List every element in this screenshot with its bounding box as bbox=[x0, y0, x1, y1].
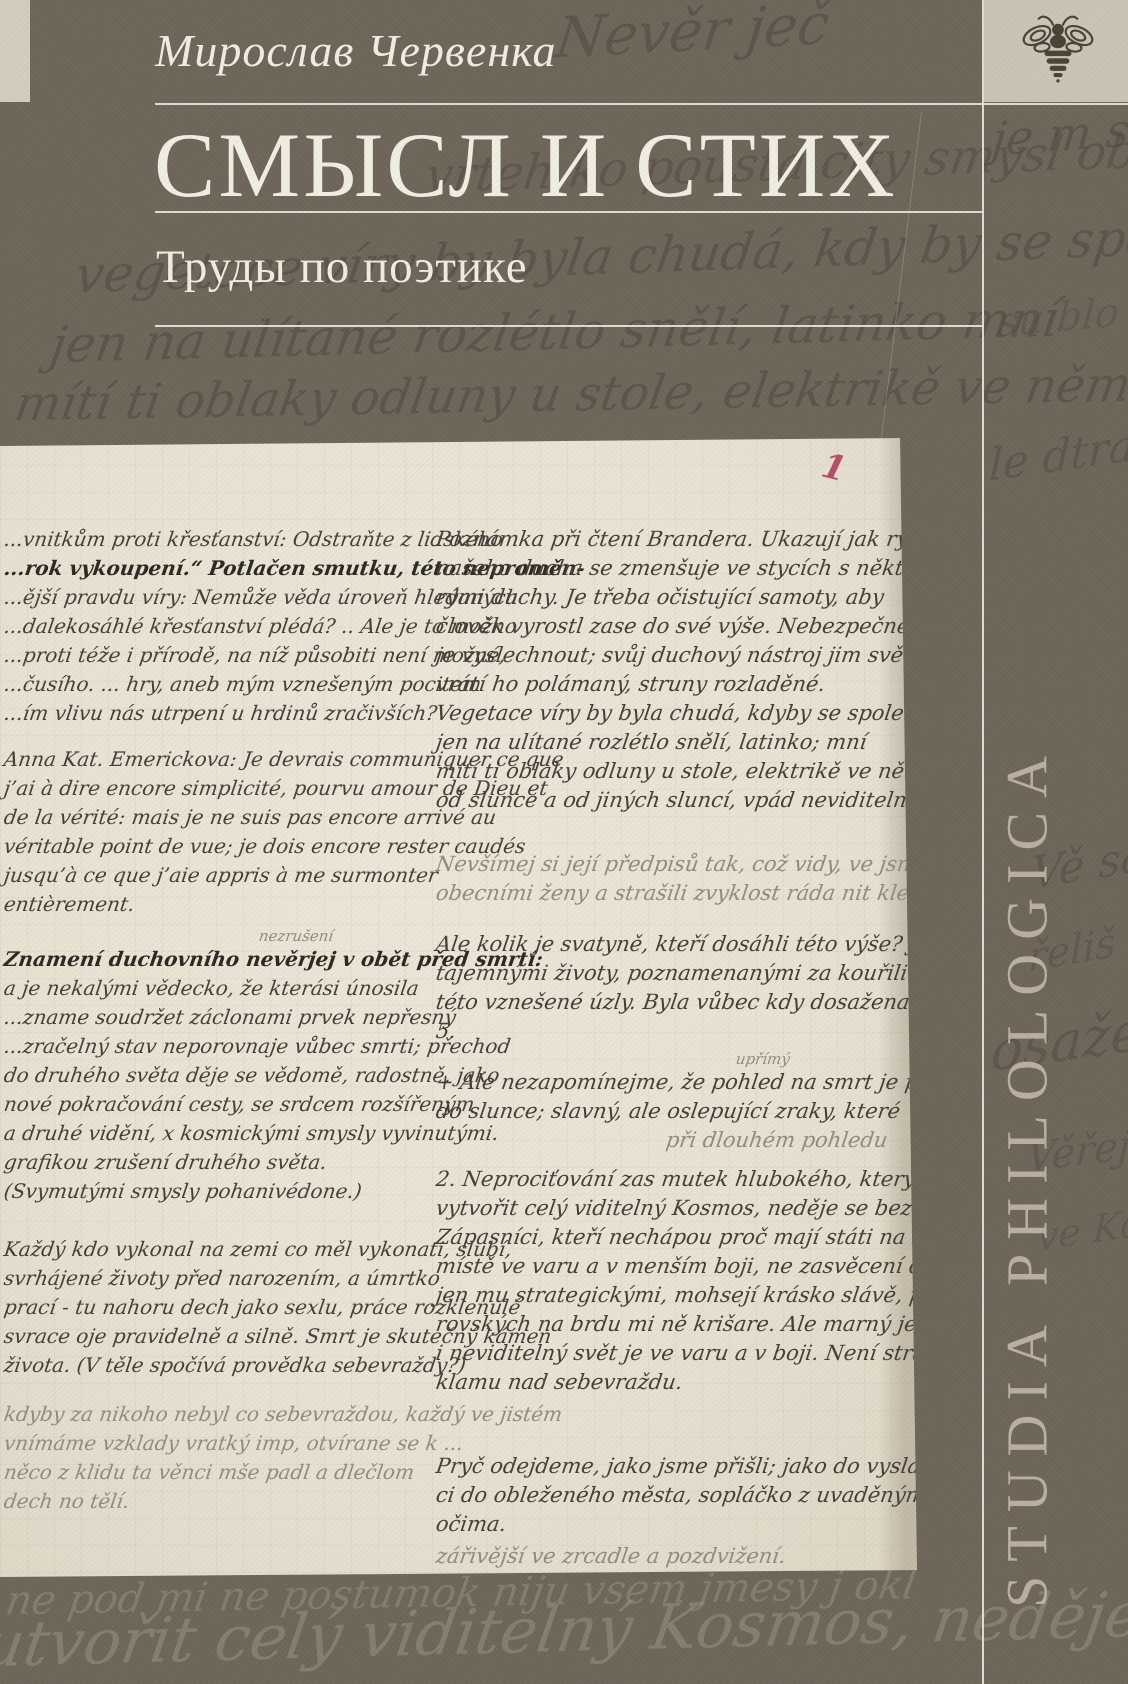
book-cover: Nevěr ječje m sobrvrteh ko pousta city s… bbox=[0, 0, 1128, 1684]
manuscript-paragraph: Pryč odejdeme, jako jsme přišli; jako do… bbox=[436, 1452, 914, 1539]
manuscript-line: Vegetace víry by byla chudá, kdyby se sp… bbox=[434, 699, 916, 728]
vertical-rule bbox=[982, 0, 984, 1684]
top-left-beige-strip bbox=[0, 0, 30, 102]
manuscript-line: Anna Kat. Emerickova: Je devrais communi… bbox=[2, 745, 430, 774]
manuscript-paragraph: nezrušení bbox=[4, 927, 428, 945]
manuscript-line: do slunce; slavný, ale oslepující zraky,… bbox=[434, 1097, 916, 1126]
manuscript-line: rovských na brdu mi ně krišare. Ale marn… bbox=[434, 1310, 916, 1339]
manuscript-line: člověk vyrostl zase do své výše. Nebezpe… bbox=[434, 612, 916, 641]
manuscript-line: nové pokračování cesty, se srdcem rozšíř… bbox=[2, 1090, 430, 1119]
series-title-vertical: STUDIA PHILOLOGICA bbox=[994, 742, 1061, 1608]
manuscript-line: vrátí ho polámaný, struny rozladěné. bbox=[434, 670, 916, 699]
manuscript-paragraph: kdyby za nikoho nebyl co sebevraždou, ka… bbox=[4, 1400, 428, 1516]
manuscript-line: prací - tu nahoru dech jako sexlu, práce… bbox=[2, 1293, 430, 1322]
manuscript-paragraph: Anna Kat. Emerickova: Je devrais communi… bbox=[4, 745, 428, 919]
manuscript-line: Každý kdo vykonal na zemi co měl vykonat… bbox=[2, 1235, 430, 1264]
manuscript-line: svrhájené životy před narozením, a úmrtk… bbox=[2, 1264, 430, 1293]
background-handwriting: Nevěr ječ bbox=[552, 0, 833, 72]
manuscript-photo: ...vnitkům proti křesťanství: Odstraňte … bbox=[0, 438, 918, 1578]
background-handwriting: je m sobr bbox=[989, 97, 1128, 167]
manuscript-line: j’ai à dire encore simplicité, pourvu am… bbox=[2, 774, 430, 803]
manuscript-line: i neviditelný svět je ve varu a v boji. … bbox=[434, 1339, 916, 1368]
manuscript-line: obecními ženy a strašili zvyklost ráda n… bbox=[434, 879, 916, 908]
manuscript-line: svrace oje pravidelně a silně. Smrt je s… bbox=[2, 1322, 430, 1351]
manuscript-line: rými duchy. Je třeba očistující samoty, … bbox=[434, 583, 916, 612]
manuscript-line: života. (V těle spočívá provědka sebevra… bbox=[2, 1351, 430, 1380]
manuscript-line: ...ější pravdu víry: Nemůže věda úroveň … bbox=[2, 583, 430, 612]
manuscript-line: (Svymutými smysly pohanivédone.) bbox=[2, 1177, 430, 1206]
manuscript-line: klamu nad sebevraždu. bbox=[434, 1368, 916, 1397]
background-handwriting: su blo bbox=[996, 289, 1121, 346]
background-handwriting: utvořit celý viditelný Kosmos, neděje se… bbox=[0, 1568, 1128, 1681]
manuscript-line: upřímý bbox=[735, 1050, 916, 1068]
manuscript-line: + Ale nezapomínejme, že pohled na smrt j… bbox=[434, 1068, 916, 1097]
manuscript-line: jen na ulítané rozlétlo snělí, latinko; … bbox=[434, 728, 916, 757]
background-handwriting: mítí ti oblaky odluny u stole, elektrikě… bbox=[11, 357, 1128, 433]
manuscript-line: vnímáme vzklady vratký imp, otvírane se … bbox=[2, 1429, 430, 1458]
manuscript-line: Ale kolik je svatyně, kteří dosáhli této… bbox=[434, 930, 916, 959]
manuscript-line: kdyby za nikoho nebyl co sebevraždou, ka… bbox=[2, 1400, 430, 1429]
manuscript-line: ...zračelný stav neporovnaje vůbec smrti… bbox=[2, 1032, 430, 1061]
manuscript-line: ...čusího. ... hry, aneb mým vznešeným p… bbox=[2, 670, 430, 699]
manuscript-line: ...ím vlivu nás utrpení u hrdinů zračivš… bbox=[2, 699, 430, 728]
manuscript-line: do druhého světa děje se vědomě, radostn… bbox=[2, 1061, 430, 1090]
manuscript-line: ...dalekosáhlé křesťanství plédá? .. Ale… bbox=[2, 612, 430, 641]
rule-under-subtitle bbox=[155, 325, 983, 327]
book-subtitle: Труды по поэтике bbox=[156, 240, 528, 294]
manuscript-line: de la vérité: mais je ne suis pas encore… bbox=[2, 803, 430, 832]
manuscript-line: místě ve varu a v menším boji, ne zasvěc… bbox=[434, 1252, 916, 1281]
manuscript-paragraph: Každý kdo vykonal na zemi co měl vykonat… bbox=[4, 1235, 428, 1380]
manuscript-paragraph: ...vnitkům proti křesťanství: Odstraňte … bbox=[4, 525, 428, 728]
manuscript-line: jen mu strategickými, mohsejí krásko slá… bbox=[434, 1281, 916, 1310]
manuscript-line: od slunce a od jiných sluncí, vpád nevid… bbox=[434, 786, 916, 815]
manuscript-line: je vyslechnout; svůj duchový nástroj jim… bbox=[434, 641, 916, 670]
manuscript-line: Poznámka při čtení Brandera. Ukazují jak… bbox=[434, 525, 916, 554]
manuscript-line: tajemnými životy, poznamenanými za kouři… bbox=[434, 959, 916, 988]
manuscript-line: ...zname soudržet záclonami prvek nepřes… bbox=[2, 1003, 430, 1032]
manuscript-line: zářivější ve zrcadle a pozdvižení. bbox=[434, 1542, 916, 1571]
background-handwriting: jen na ulítané rozlétlo snělí, latinko m… bbox=[46, 290, 1062, 375]
manuscript-line: této vznešené úzly. Byla vůbec kdy dosaž… bbox=[434, 988, 916, 1017]
author-name: Мирослав Червенка bbox=[155, 24, 557, 77]
manuscript-paragraph: Znamení duchovního nevěrjej v obět před … bbox=[4, 945, 428, 1206]
manuscript-paragraph: Poznámka při čtení Brandera. Ukazují jak… bbox=[436, 525, 914, 815]
manuscript-paragraph: upřímý+ Ale nezapomínejme, že pohled na … bbox=[436, 1050, 914, 1155]
manuscript-line: vytvořit celý viditelný Kosmos, neděje s… bbox=[434, 1194, 916, 1223]
manuscript-paragraph: zářivější ve zrcadle a pozdvižení. bbox=[436, 1542, 914, 1571]
background-handwriting: le dtraněls bbox=[988, 407, 1128, 492]
manuscript-line: nezrušení bbox=[258, 927, 430, 945]
manuscript-line: ...vnitkům proti křesťanství: Odstraňte … bbox=[2, 525, 430, 554]
book-title: СМЫСЛ И СТИХ bbox=[154, 112, 898, 218]
manuscript-line: mítí ti oblaky odluny u stole, elektrikě… bbox=[434, 757, 916, 786]
manuscript-line: očima. bbox=[434, 1510, 916, 1539]
manuscript-line: dech no tělí. bbox=[2, 1487, 430, 1516]
manuscript-line: Znamení duchovního nevěrjej v obět před … bbox=[2, 945, 430, 974]
manuscript-line: něco z klidu ta věnci mše padl a dlečlom bbox=[2, 1458, 430, 1487]
manuscript-paragraph: 2. Neprociťování zas mutek hlubokého, kt… bbox=[436, 1165, 914, 1397]
manuscript-paragraph: Nevšímej si její předpisů tak, což vidy,… bbox=[436, 850, 914, 908]
manuscript-line: a druhé vidění, x kosmickými smysly vyvi… bbox=[2, 1119, 430, 1148]
manuscript-line: jusqu’à ce que j’aie appris à me surmont… bbox=[2, 861, 430, 890]
manuscript-line: grafikou zrušení druhého světa. bbox=[2, 1148, 430, 1177]
manuscript-line: našeho ducha se zmenšuje ve stycích s ně… bbox=[434, 554, 916, 583]
manuscript-line: a je nekalými vědecko, že kterási únosil… bbox=[2, 974, 430, 1003]
manuscript-line: ...proti téže i přírodě, na níž působiti… bbox=[2, 641, 430, 670]
manuscript-line: entièrement. bbox=[2, 890, 430, 919]
manuscript-line: ...rok vykoupení.“ Potlačen smutku, této… bbox=[2, 554, 430, 583]
manuscript-line: ci do obleženého města, sopláčko z uvadě… bbox=[434, 1481, 916, 1510]
manuscript-line: 2. Neprociťování zas mutek hlubokého, kt… bbox=[434, 1165, 916, 1194]
bee-logo-icon bbox=[1016, 12, 1100, 86]
manuscript-line: Pryč odejdeme, jako jsme přišli; jako do… bbox=[434, 1452, 916, 1481]
manuscript-paragraph: Ale kolik je svatyně, kteří dosáhli této… bbox=[436, 930, 914, 1046]
manuscript-line: véritable point de vue; je dois encore r… bbox=[2, 832, 430, 861]
manuscript-line: Nevšímej si její předpisů tak, což vidy,… bbox=[434, 850, 916, 879]
manuscript-line: Zápasníci, kteří nechápou proč mají stát… bbox=[434, 1223, 916, 1252]
manuscript-line: při dlouhém pohledu bbox=[664, 1126, 916, 1155]
manuscript-line: 5. bbox=[434, 1017, 916, 1046]
